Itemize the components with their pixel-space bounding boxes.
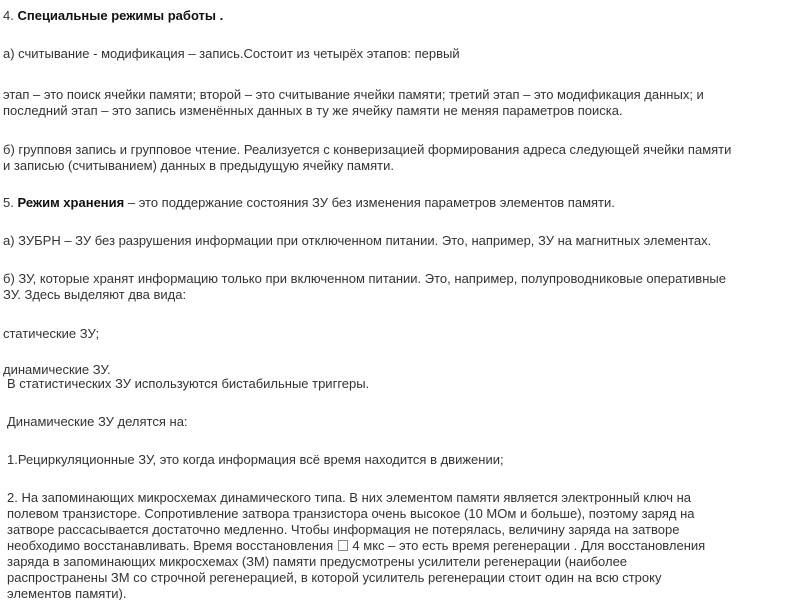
- dynamic-memory-intro: Динамические ЗУ делятся на:: [7, 414, 793, 430]
- dynamic-chip-line4-start: необходимо восстанавливать. Время восста…: [7, 538, 337, 553]
- paragraph-a-stages-line1: этап – это поиск ячейки памяти; второй –…: [3, 87, 704, 102]
- paragraph-b-line1: б) групповя запись и групповое чтение. Р…: [3, 142, 731, 157]
- paragraph-a-intro: а) считывание - модификация – запись.Сос…: [3, 46, 795, 62]
- paragraph-5b-line1: б) ЗУ, которые хранят информацию только …: [3, 271, 726, 286]
- dynamic-chip-line6: распространены ЗМ со строчной регенераци…: [7, 570, 661, 585]
- section-5-heading: 5. Режим хранения – это поддержание сост…: [3, 195, 795, 211]
- dynamic-chip-line2: полевом транзисторе. Сопротивление затво…: [7, 506, 695, 521]
- paragraph-a-stages-line2: последний этап – это запись изменённых д…: [3, 103, 623, 118]
- paragraph-a-stages: этап – это поиск ячейки памяти; второй –…: [3, 87, 795, 119]
- dynamic-chip-line7: элементов памяти).: [7, 586, 126, 600]
- paragraph-5a: а) ЗУБРН – ЗУ без разрушения информации …: [3, 233, 795, 249]
- paragraph-5b: б) ЗУ, которые хранят информацию только …: [3, 271, 795, 303]
- section-5-title: Режим хранения: [17, 195, 124, 210]
- recirculation-item: 1.Рециркуляционные ЗУ, это когда информа…: [7, 452, 793, 468]
- dynamic-chip-paragraph: 2. На запоминающих микросхемах динамичес…: [7, 490, 793, 600]
- dynamic-chip-line4-end: 4 мкс – это есть время регенерации . Для…: [349, 538, 705, 553]
- missing-glyph-icon: [338, 540, 348, 551]
- dynamic-chip-line5: заряда в запоминающих микросхемах (ЗМ) п…: [7, 554, 627, 569]
- dynamic-chip-line1: 2. На запоминающих микросхемах динамичес…: [7, 490, 691, 505]
- section-4-heading: 4. Специальные режимы работы .: [3, 8, 795, 24]
- section-4-number: 4.: [3, 8, 17, 23]
- static-memory-item: статические ЗУ;: [3, 326, 795, 342]
- section-4-title: Специальные режимы работы .: [17, 8, 223, 23]
- paragraph-b-line2: и записью (считыванием) данных в предыду…: [3, 158, 394, 173]
- section-5-description: – это поддержание состояния ЗУ без измен…: [124, 195, 615, 210]
- dynamic-chip-line3: затворе рассасывается достаточно медленн…: [7, 522, 679, 537]
- static-memory-description: В статистических ЗУ используются бистаби…: [7, 376, 793, 392]
- paragraph-b-group: б) групповя запись и групповое чтение. Р…: [3, 142, 795, 174]
- section-5-number: 5.: [3, 195, 17, 210]
- paragraph-5b-line2: ЗУ. Здесь выделяют два вида:: [3, 287, 186, 302]
